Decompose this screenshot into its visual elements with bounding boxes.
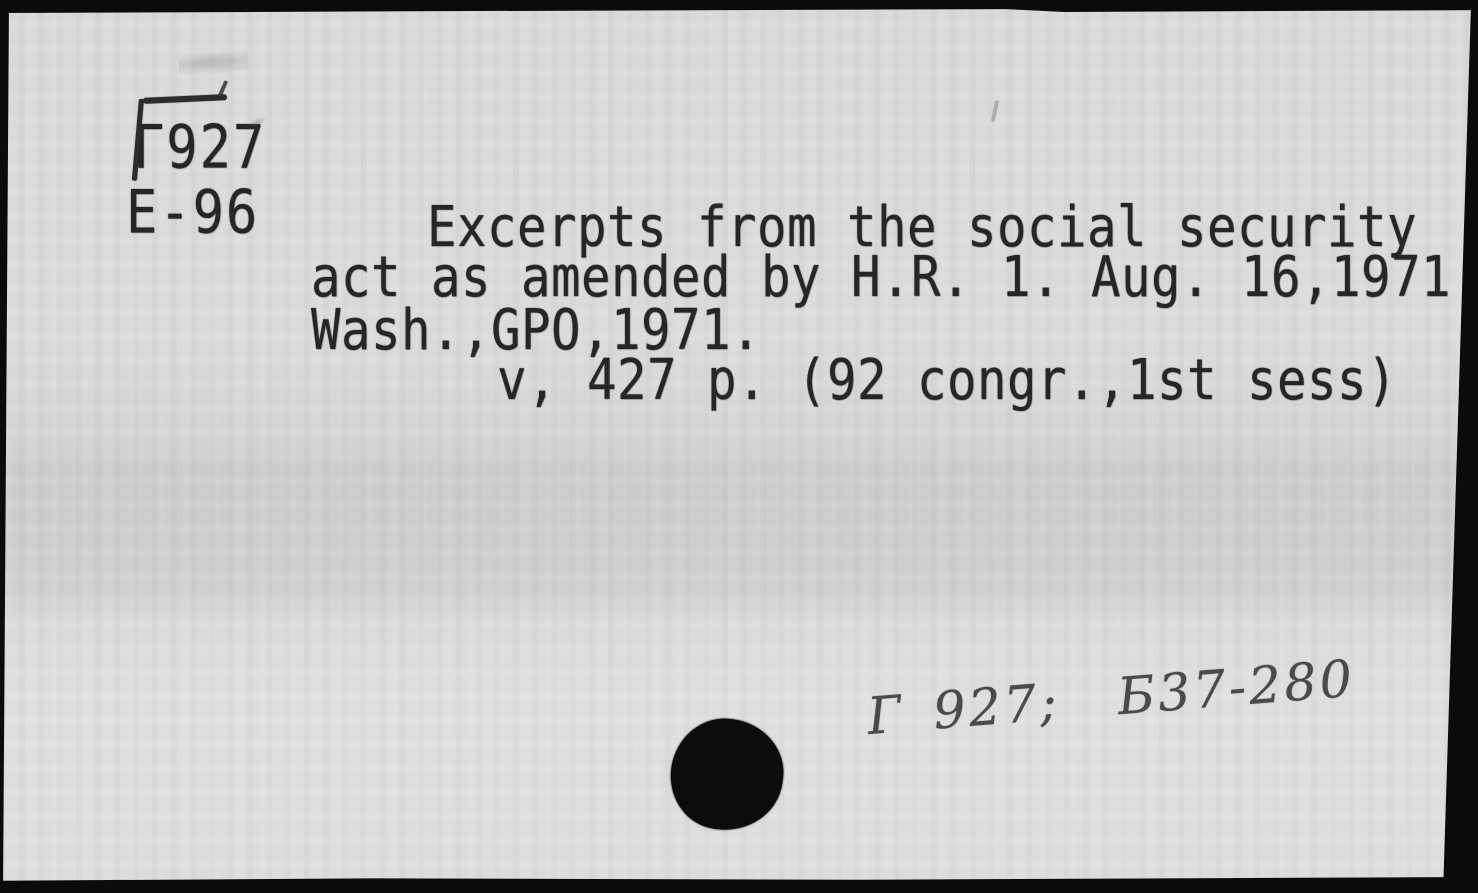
scanned-catalog-card: Г927 E-96 Excerpts from the social secur… [0,0,1478,893]
call-number-shelf-code: E-96 [126,183,259,243]
entry-line-collation: v, 427 p. (92 congr.,1st sess) [497,352,1397,408]
call-number-class: Г927 [133,118,266,178]
